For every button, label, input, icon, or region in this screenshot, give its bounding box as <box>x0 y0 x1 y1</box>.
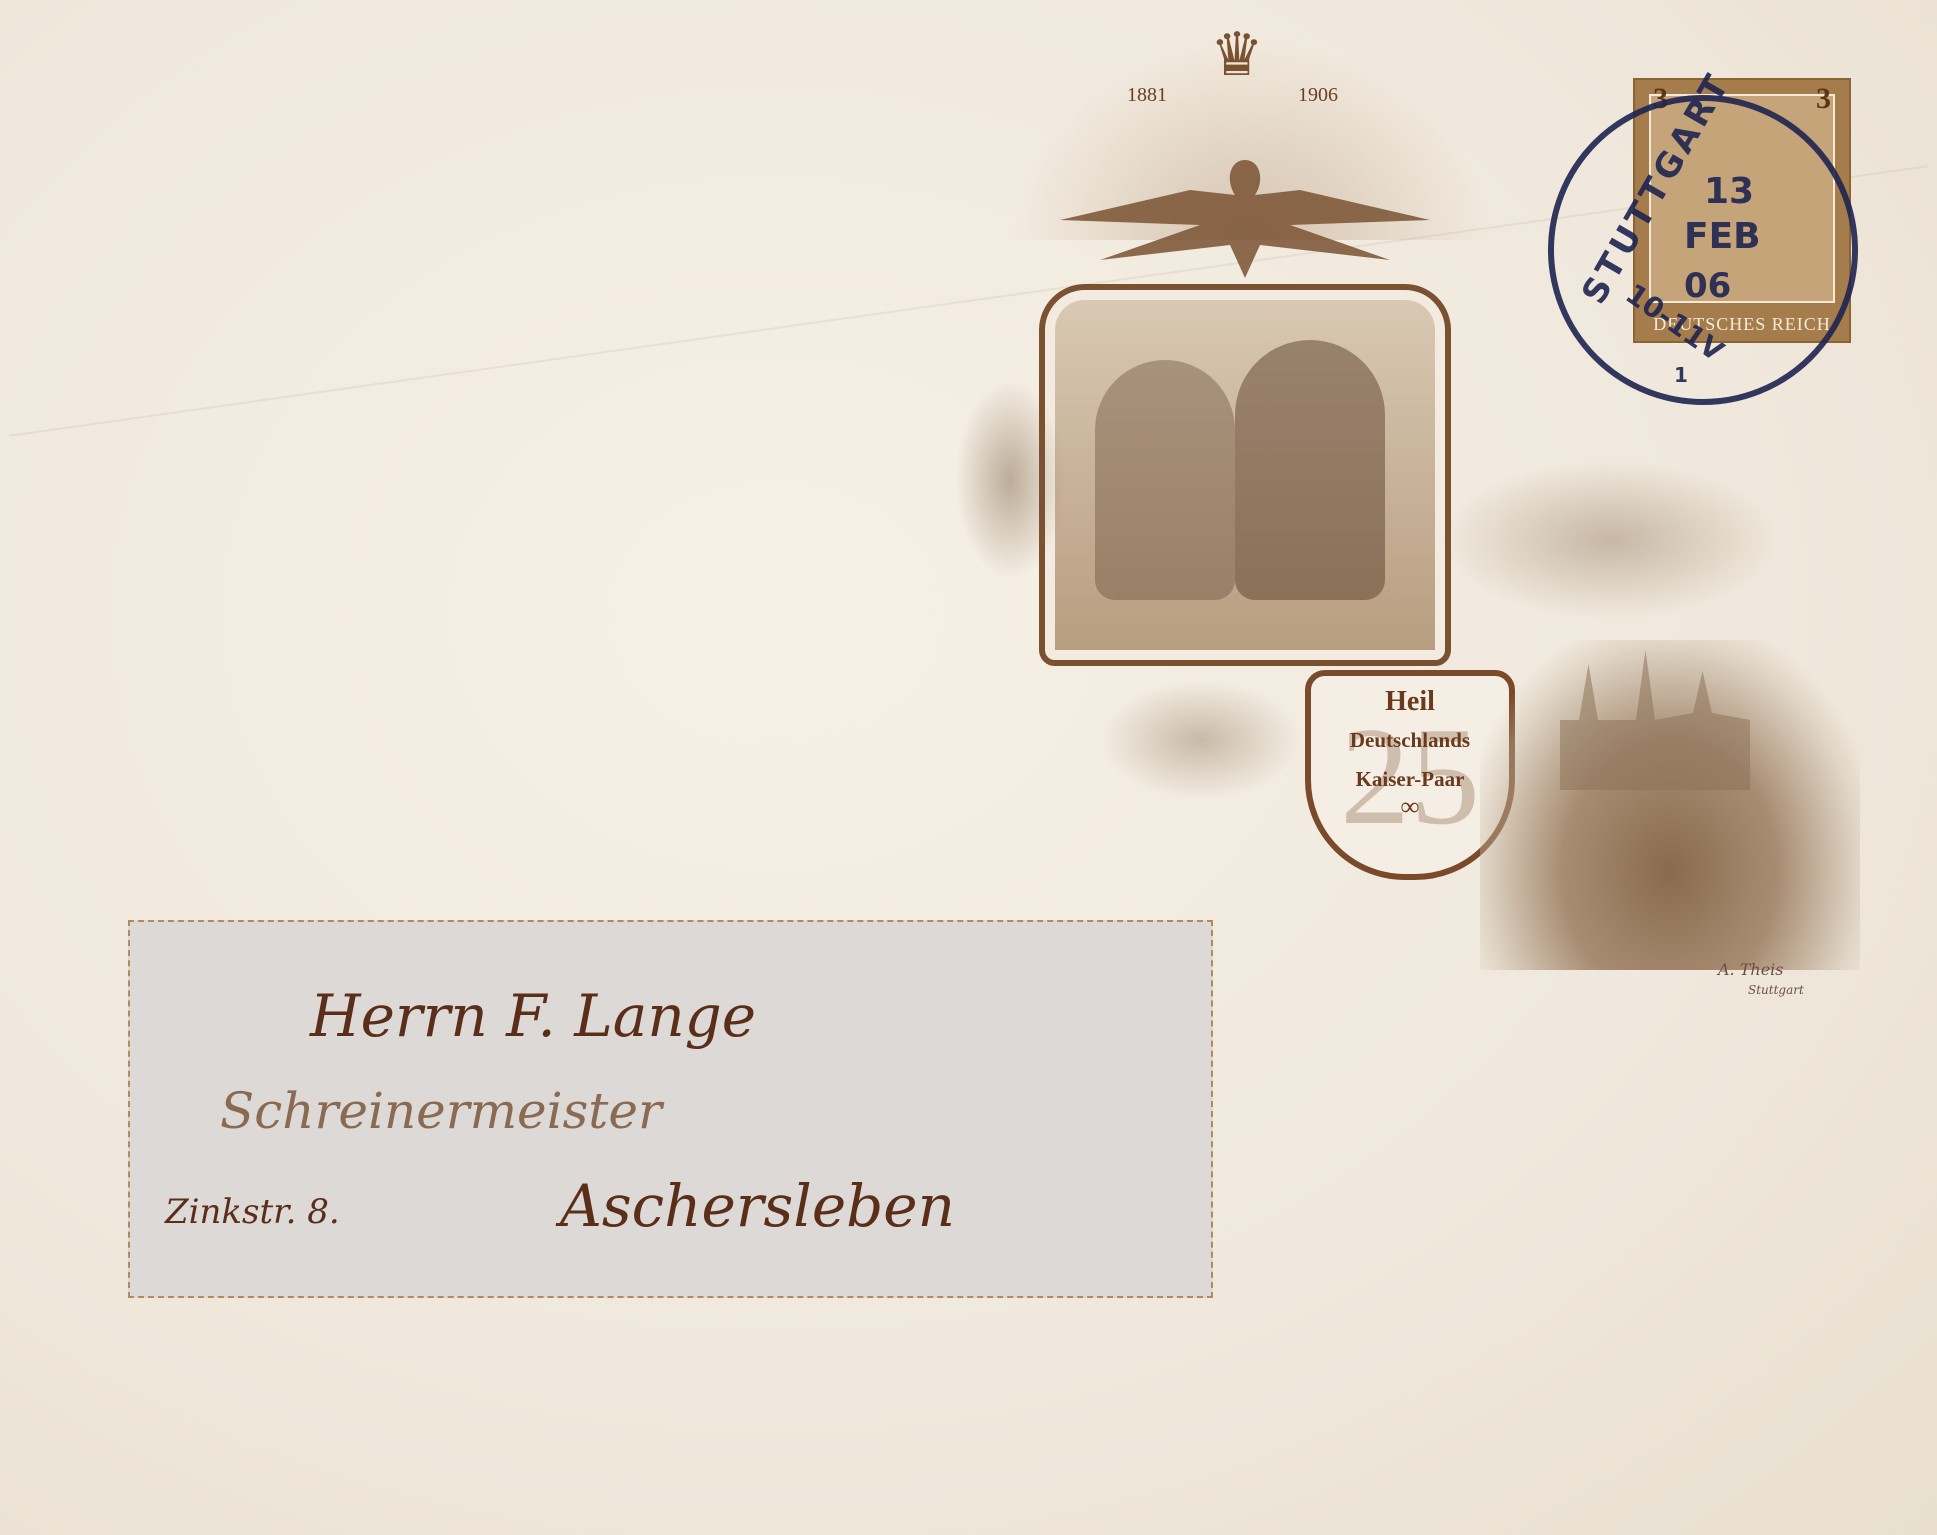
hohenzollern-castle-illustration <box>1480 640 1860 970</box>
empress-figure <box>1095 360 1235 600</box>
palm-frond-right <box>1440 460 1780 620</box>
foliage-left <box>955 380 1065 580</box>
emperor-figure <box>1235 340 1385 600</box>
ribbon-year-right: 1906 <box>1298 84 1338 107</box>
address-line-recipient: Herrn F. Lange <box>310 982 756 1050</box>
stamp-value-right: 3 <box>1816 82 1831 116</box>
ribbon-year-left: 1881 <box>1127 84 1167 107</box>
postmark-day: 13 <box>1704 171 1754 212</box>
postmark-year: 06 <box>1684 266 1731 306</box>
postmark-cancel: STUTTGART 13 FEB 06 10-11V 1 <box>1548 95 1858 405</box>
castle-towers <box>1560 650 1750 790</box>
royal-couple-portrait <box>1045 290 1445 660</box>
address-window: Herrn F. Lange Schreinermeister Zinkstr.… <box>128 920 1213 1298</box>
postmark-office: 1 <box>1674 363 1688 387</box>
envelope: ♛ 1881 1906 25 Heil Deutschlands Kaiser-… <box>0 0 1937 1535</box>
address-line-city: Aschersleben <box>560 1172 955 1240</box>
artist-signature: A. Theis Stuttgart <box>1718 960 1804 998</box>
postmark-month: FEB <box>1684 216 1761 257</box>
address-line-street: Zinkstr. 8. <box>165 1192 340 1232</box>
imperial-crown-icon: ♛ <box>1210 20 1264 90</box>
address-line-occupation: Schreinermeister <box>220 1082 662 1140</box>
eagle-icon <box>1040 150 1450 280</box>
foliage-bottom <box>1100 680 1300 800</box>
